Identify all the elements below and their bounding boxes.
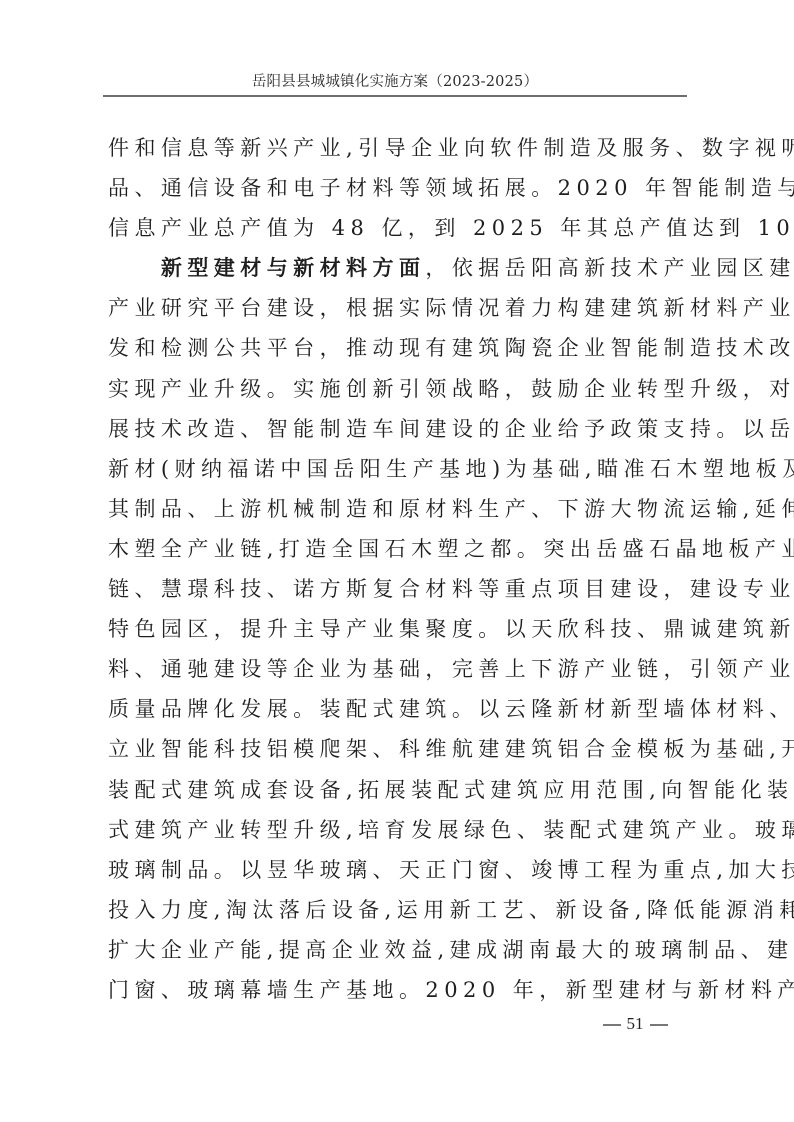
line-text: 产业研究平台建设，根据实际情况着力构建建筑新材料产业研 bbox=[108, 296, 794, 320]
line-text: 玻璃制品。以昱华玻璃、天正门窗、竣博工程为重点,加大技改 bbox=[108, 858, 794, 882]
line-text: 发和检测公共平台，推动现有建筑陶瓷企业智能制造技术改造， bbox=[108, 336, 794, 360]
line-text: 新材(财纳福诺中国岳阳生产基地)为基础,瞄准石木塑地板及 bbox=[108, 457, 794, 481]
text-line: 其制品、上游机械制造和原材料生产、下游大物流运输,延伸石 bbox=[108, 489, 693, 529]
dash-left bbox=[603, 1024, 621, 1025]
line-text: 展技术改造、智能制造车间建设的企业给予政策支持。以岳盛 bbox=[108, 417, 794, 441]
text-line: 新型建材与新材料方面，依据岳阳高新技术产业园区建材 bbox=[108, 248, 693, 288]
text-line: 玻璃制品。以昱华玻璃、天正门窗、竣博工程为重点,加大技改 bbox=[108, 850, 693, 890]
text-line: 装配式建筑成套设备,拓展装配式建筑应用范围,向智能化装配 bbox=[108, 770, 693, 810]
header-divider bbox=[103, 95, 687, 97]
text-line: 实现产业升级。实施创新引领战略，鼓励企业转型升级，对开 bbox=[108, 369, 693, 409]
text-line: 特色园区，提升主导产业集聚度。以天欣科技、鼎诚建筑新材 bbox=[108, 609, 693, 649]
text-line: 发和检测公共平台，推动现有建筑陶瓷企业智能制造技术改造， bbox=[108, 328, 693, 368]
line-text: 立业智能科技铝模爬架、科维航建建筑铝合金模板为基础,开发 bbox=[108, 737, 794, 761]
text-line: 质量品牌化发展。装配式建筑。以云隆新材新型墙体材料、三 bbox=[108, 689, 693, 729]
text-line: 信息产业总产值为 48 亿，到 2025 年其总产值达到 100 亿元。 bbox=[108, 208, 693, 248]
text-line: 链、慧璟科技、诺方斯复合材料等重点项目建设，建设专业化 bbox=[108, 569, 693, 609]
text-line: 产业研究平台建设，根据实际情况着力构建建筑新材料产业研 bbox=[108, 288, 693, 328]
text-line: 料、通驰建设等企业为基础，完善上下游产业链，引领产业高 bbox=[108, 649, 693, 689]
line-text: 式建筑产业转型升级,培育发展绿色、装配式建筑产业。玻璃及 bbox=[108, 818, 794, 842]
text-line: 式建筑产业转型升级,培育发展绿色、装配式建筑产业。玻璃及 bbox=[108, 810, 693, 850]
text-line: 立业智能科技铝模爬架、科维航建建筑铝合金模板为基础,开发 bbox=[108, 729, 693, 769]
line-text: 特色园区，提升主导产业集聚度。以天欣科技、鼎诚建筑新材 bbox=[108, 617, 794, 641]
line-text: 装配式建筑成套设备,拓展装配式建筑应用范围,向智能化装配 bbox=[108, 778, 794, 802]
line-text: 扩大企业产能,提高企业效益,建成湖南最大的玻璃制品、建筑 bbox=[108, 938, 794, 962]
text-line: 展技术改造、智能制造车间建设的企业给予政策支持。以岳盛 bbox=[108, 409, 693, 449]
line-text: 料、通驰建设等企业为基础，完善上下游产业链，引领产业高 bbox=[108, 657, 794, 681]
page-number: 51 bbox=[585, 1014, 685, 1034]
line-text: 木塑全产业链,打造全国石木塑之都。突出岳盛石晶地板产业 bbox=[108, 537, 794, 561]
text-line: 木塑全产业链,打造全国石木塑之都。突出岳盛石晶地板产业 bbox=[108, 529, 693, 569]
line-text: 实现产业升级。实施创新引领战略，鼓励企业转型升级，对开 bbox=[108, 377, 794, 401]
body-text: 件和信息等新兴产业,引导企业向软件制造及服务、数字视听产品、通信设备和电子材料等… bbox=[108, 128, 693, 1010]
document-page: 岳阳县县城城镇化实施方案（2023-2025） 件和信息等新兴产业,引导企业向软… bbox=[0, 0, 794, 1122]
line-text: 门窗、玻璃幕墙生产基地。2020 年，新型建材与新材料产业的 bbox=[108, 978, 794, 1002]
line-text: ，依据岳阳高新技术产业园区建材 bbox=[425, 256, 794, 280]
text-line: 门窗、玻璃幕墙生产基地。2020 年，新型建材与新材料产业的 bbox=[108, 970, 693, 1010]
text-line: 新材(财纳福诺中国岳阳生产基地)为基础,瞄准石木塑地板及 bbox=[108, 449, 693, 489]
line-text: 品、通信设备和电子材料等领域拓展。2020 年智能制造与电子 bbox=[108, 176, 794, 200]
section-lead-bold: 新型建材与新材料方面 bbox=[161, 255, 426, 280]
page-number-value: 51 bbox=[627, 1014, 644, 1033]
text-line: 品、通信设备和电子材料等领域拓展。2020 年智能制造与电子 bbox=[108, 168, 693, 208]
line-text: 信息产业总产值为 48 亿，到 2025 年其总产值达到 100 亿元。 bbox=[108, 216, 794, 240]
line-text: 件和信息等新兴产业,引导企业向软件制造及服务、数字视听产 bbox=[108, 136, 794, 160]
running-header: 岳阳县县城城镇化实施方案（2023-2025） bbox=[103, 70, 687, 91]
line-text: 投入力度,淘汰落后设备,运用新工艺、新设备,降低能源消耗, bbox=[108, 898, 794, 922]
dash-right bbox=[650, 1024, 668, 1025]
indent bbox=[108, 256, 161, 280]
text-line: 件和信息等新兴产业,引导企业向软件制造及服务、数字视听产 bbox=[108, 128, 693, 168]
line-text: 质量品牌化发展。装配式建筑。以云隆新材新型墙体材料、三 bbox=[108, 697, 794, 721]
text-line: 扩大企业产能,提高企业效益,建成湖南最大的玻璃制品、建筑 bbox=[108, 930, 693, 970]
line-text: 链、慧璟科技、诺方斯复合材料等重点项目建设，建设专业化 bbox=[108, 577, 794, 601]
line-text: 其制品、上游机械制造和原材料生产、下游大物流运输,延伸石 bbox=[108, 497, 794, 521]
text-line: 投入力度,淘汰落后设备,运用新工艺、新设备,降低能源消耗, bbox=[108, 890, 693, 930]
